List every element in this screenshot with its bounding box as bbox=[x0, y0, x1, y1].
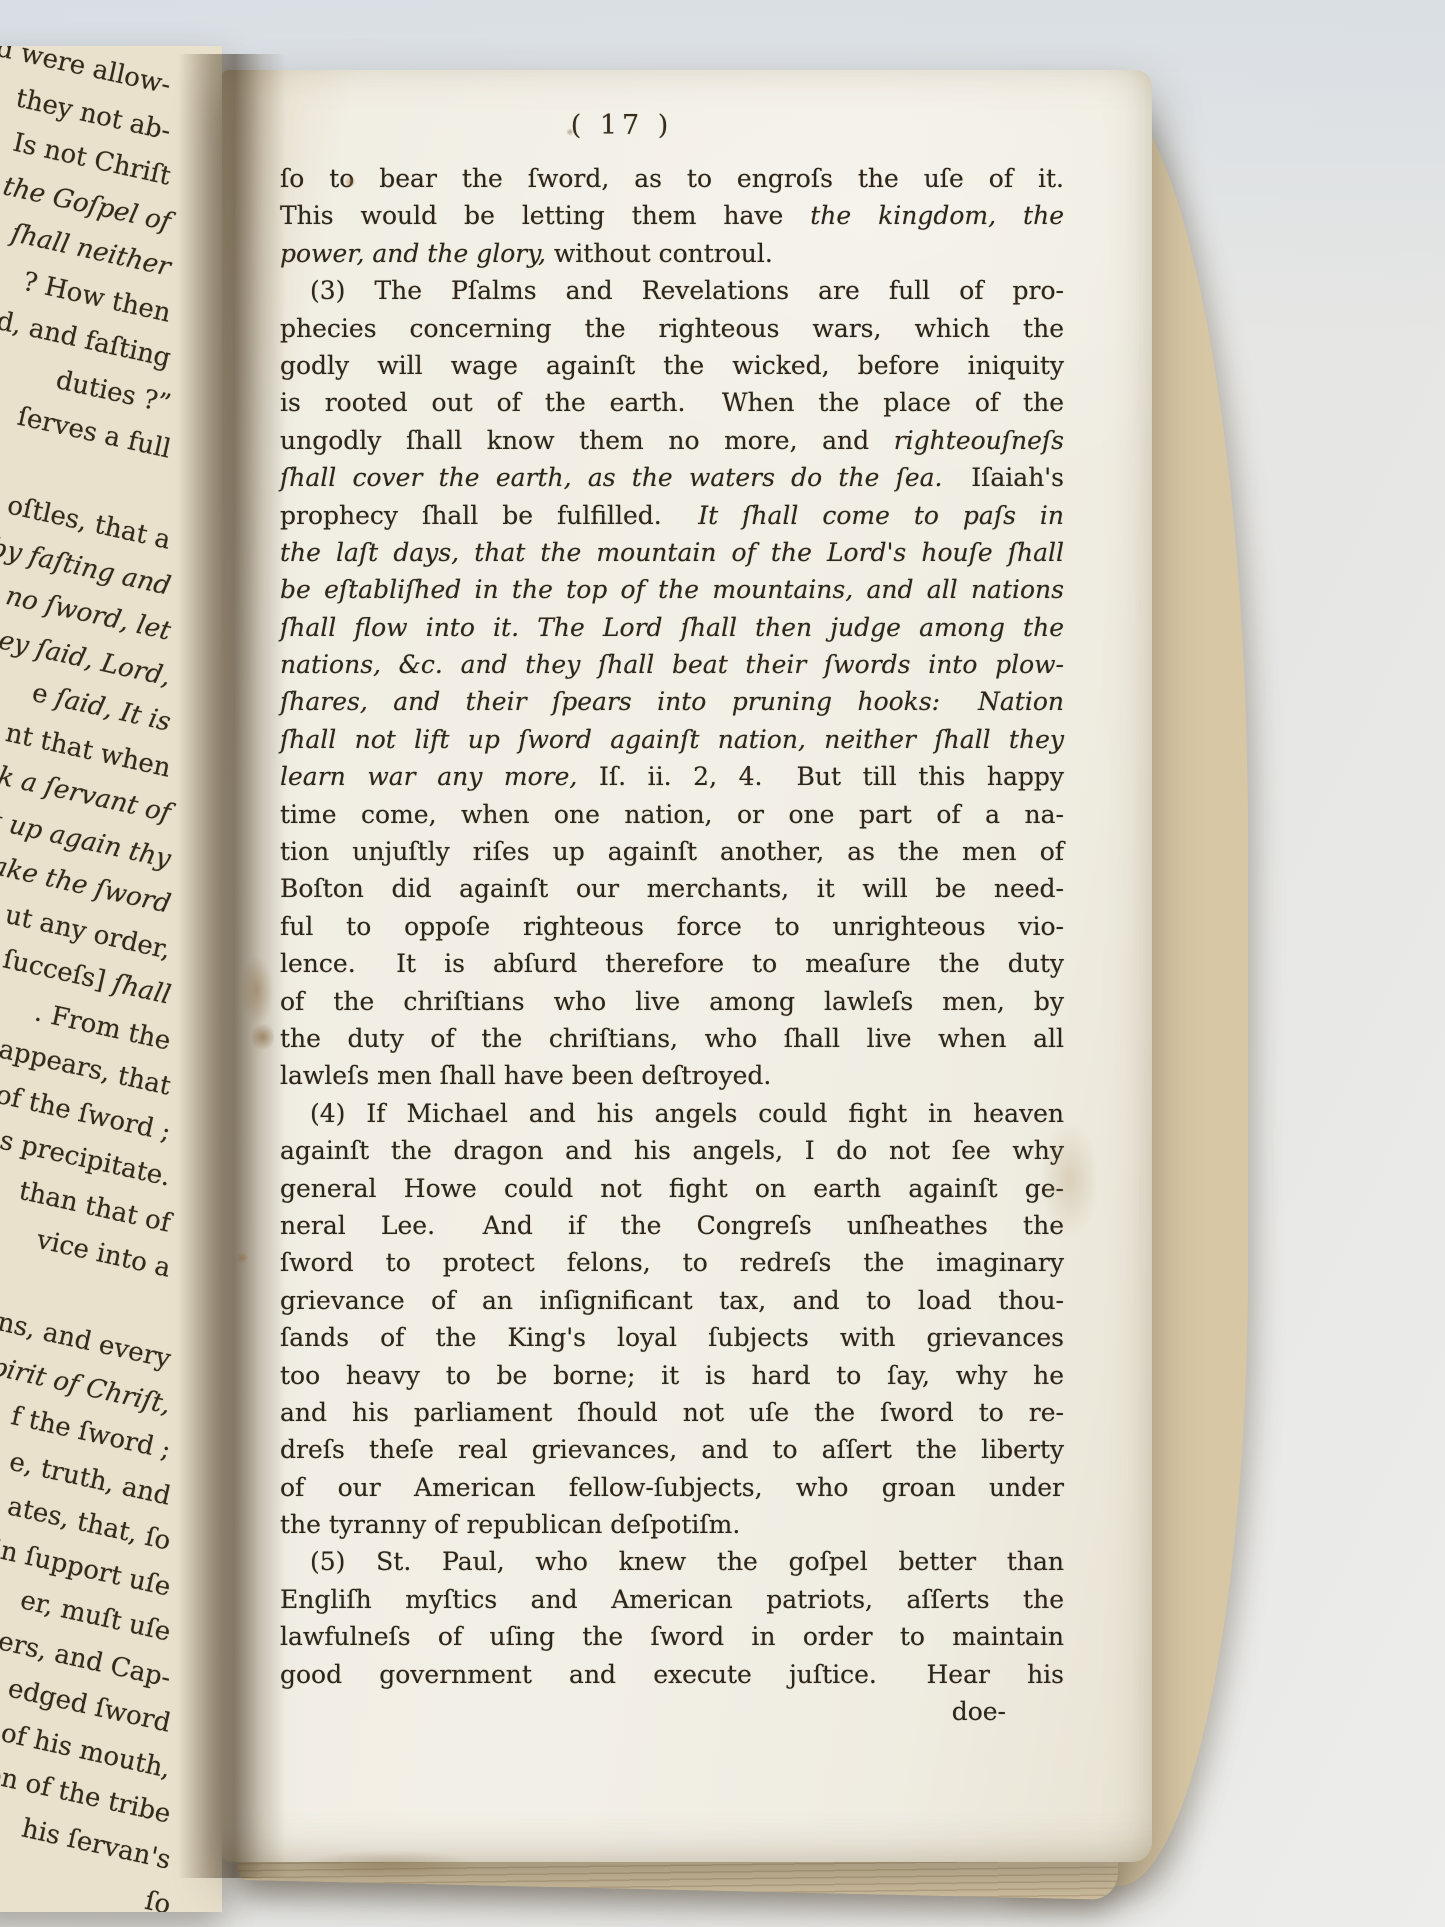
text-line: be eſtabliſhed in the top of the mountai… bbox=[280, 571, 1064, 608]
text-line: ſhall flow into it. The Lord ſhall then … bbox=[280, 609, 1064, 646]
text-line: ſhall not lift up ſword againſt nation, … bbox=[280, 721, 1064, 758]
text-line: learn war any more, Iſ. ii. 2, 4. But ti… bbox=[280, 758, 1064, 795]
page-number: ( 17 ) bbox=[522, 110, 722, 141]
text-line: ſhares, and their ſpears into pruning ho… bbox=[280, 683, 1064, 720]
text-line: This would be letting them have the king… bbox=[280, 197, 1064, 234]
text-line: godly will wage againſt the wicked, befo… bbox=[280, 347, 1064, 384]
text-line: the tyranny of republican deſpotiſm. bbox=[280, 1506, 1064, 1543]
text-line: lawleſs men ſhall have been deſtroyed. bbox=[280, 1057, 1064, 1094]
text-line: lence. It is abſurd therefore to meaſure… bbox=[280, 945, 1064, 982]
text-line: prophecy ſhall be fulfilled. It ſhall co… bbox=[280, 497, 1064, 534]
page-text-block: ſo to bear the ſword, as to engroſs the … bbox=[280, 160, 1064, 1730]
text-line: is rooted out of the earth. When the pla… bbox=[280, 384, 1064, 421]
text-line: of our American fellow-ſubjects, who gro… bbox=[280, 1469, 1064, 1506]
text-line: (5) St. Paul, who knew the goſpel better… bbox=[280, 1543, 1064, 1580]
text-line: lawfulneſs of uſing the ſword in order t… bbox=[280, 1618, 1064, 1655]
text-line: good government and execute juſtice. Hea… bbox=[280, 1656, 1064, 1693]
text-line: ungodly ſhall know them no more, and rig… bbox=[280, 422, 1064, 459]
text-line: (4) If Michael and his angels could figh… bbox=[280, 1095, 1064, 1132]
text-line: tion unjuſtly riſes up againſt another, … bbox=[280, 833, 1064, 870]
text-line: power, and the glory, without controul. bbox=[280, 235, 1064, 272]
text-line: phecies concerning the righteous wars, w… bbox=[280, 310, 1064, 347]
text-line: too heavy to be borne; it is hard to ſay… bbox=[280, 1357, 1064, 1394]
text-line: ſword to protect felons, to redreſs the … bbox=[280, 1244, 1064, 1281]
text-line: Boſton did againſt our merchants, it wil… bbox=[280, 870, 1064, 907]
right-page: ( 17 ) ſo to bear the ſword, as to engro… bbox=[222, 70, 1152, 1862]
text-line: doe- bbox=[280, 1693, 1064, 1730]
text-line: time come, when one nation, or one part … bbox=[280, 796, 1064, 833]
text-line: the duty of the chriſtians, who ſhall li… bbox=[280, 1020, 1064, 1057]
text-line: nations, &c. and they ſhall beat their ſ… bbox=[280, 646, 1064, 683]
text-line: ſands of the King's loyal ſubjects with … bbox=[280, 1319, 1064, 1356]
text-line: dreſs theſe real grievances, and to aſſe… bbox=[280, 1431, 1064, 1468]
text-line: and his parliament ſhould not uſe the ſw… bbox=[280, 1394, 1064, 1431]
text-line: general Howe could not fight on earth ag… bbox=[280, 1170, 1064, 1207]
text-line: grievance of an inſignificant tax, and t… bbox=[280, 1282, 1064, 1319]
left-page-text-fragments: d were allow-they not ab-Is not Chriſtth… bbox=[0, 64, 170, 1912]
text-line: (3) The Pſalms and Revelations are full … bbox=[280, 272, 1064, 309]
text-line: ſhall cover the earth, as the waters do … bbox=[280, 459, 1064, 496]
text-line: Engliſh myſtics and American patriots, a… bbox=[280, 1581, 1064, 1618]
book-photograph: d were allow-they not ab-Is not Chriſtth… bbox=[0, 0, 1445, 1927]
text-line: ſo to bear the ſword, as to engroſs the … bbox=[280, 160, 1064, 197]
text-line: the laſt days, that the mountain of the … bbox=[280, 534, 1064, 571]
text-line: neral Lee. And if the Congreſs unſheathe… bbox=[280, 1207, 1064, 1244]
text-line: of the chriſtians who live among lawleſs… bbox=[280, 983, 1064, 1020]
text-line: ful to oppoſe righteous force to unright… bbox=[280, 908, 1064, 945]
left-facing-page: d were allow-they not ab-Is not Chriſtth… bbox=[0, 46, 222, 1912]
text-line: againſt the dragon and his angels, I do … bbox=[280, 1132, 1064, 1169]
